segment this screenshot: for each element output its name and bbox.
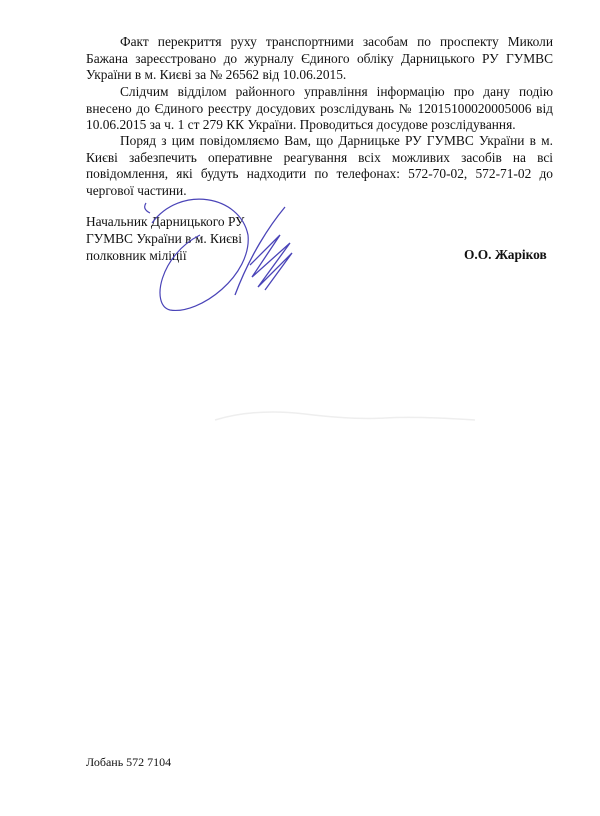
paragraph-contact-info: Поряд з цим повідомляємо Вам, що Дарниць…	[86, 133, 553, 199]
paragraph-investigation: Слідчим відділом районного управління ін…	[86, 84, 553, 134]
paragraph-incident-registration: Факт перекриття руху транспортними засоб…	[86, 34, 553, 84]
signatory-name: О.О. Жаріков	[464, 247, 547, 263]
paragraph-text: Факт перекриття руху транспортними засоб…	[86, 34, 553, 82]
footer-executor: Лобань 572 7104	[86, 755, 171, 770]
paragraph-text: Слідчим відділом районного управління ін…	[86, 84, 553, 132]
document-page: Факт перекриття руху транспортними засоб…	[0, 0, 600, 816]
faint-show-through-marks	[210, 405, 480, 425]
paragraph-text: Поряд з цим повідомляємо Вам, що Дарниць…	[86, 133, 553, 198]
handwritten-signature	[140, 195, 320, 315]
